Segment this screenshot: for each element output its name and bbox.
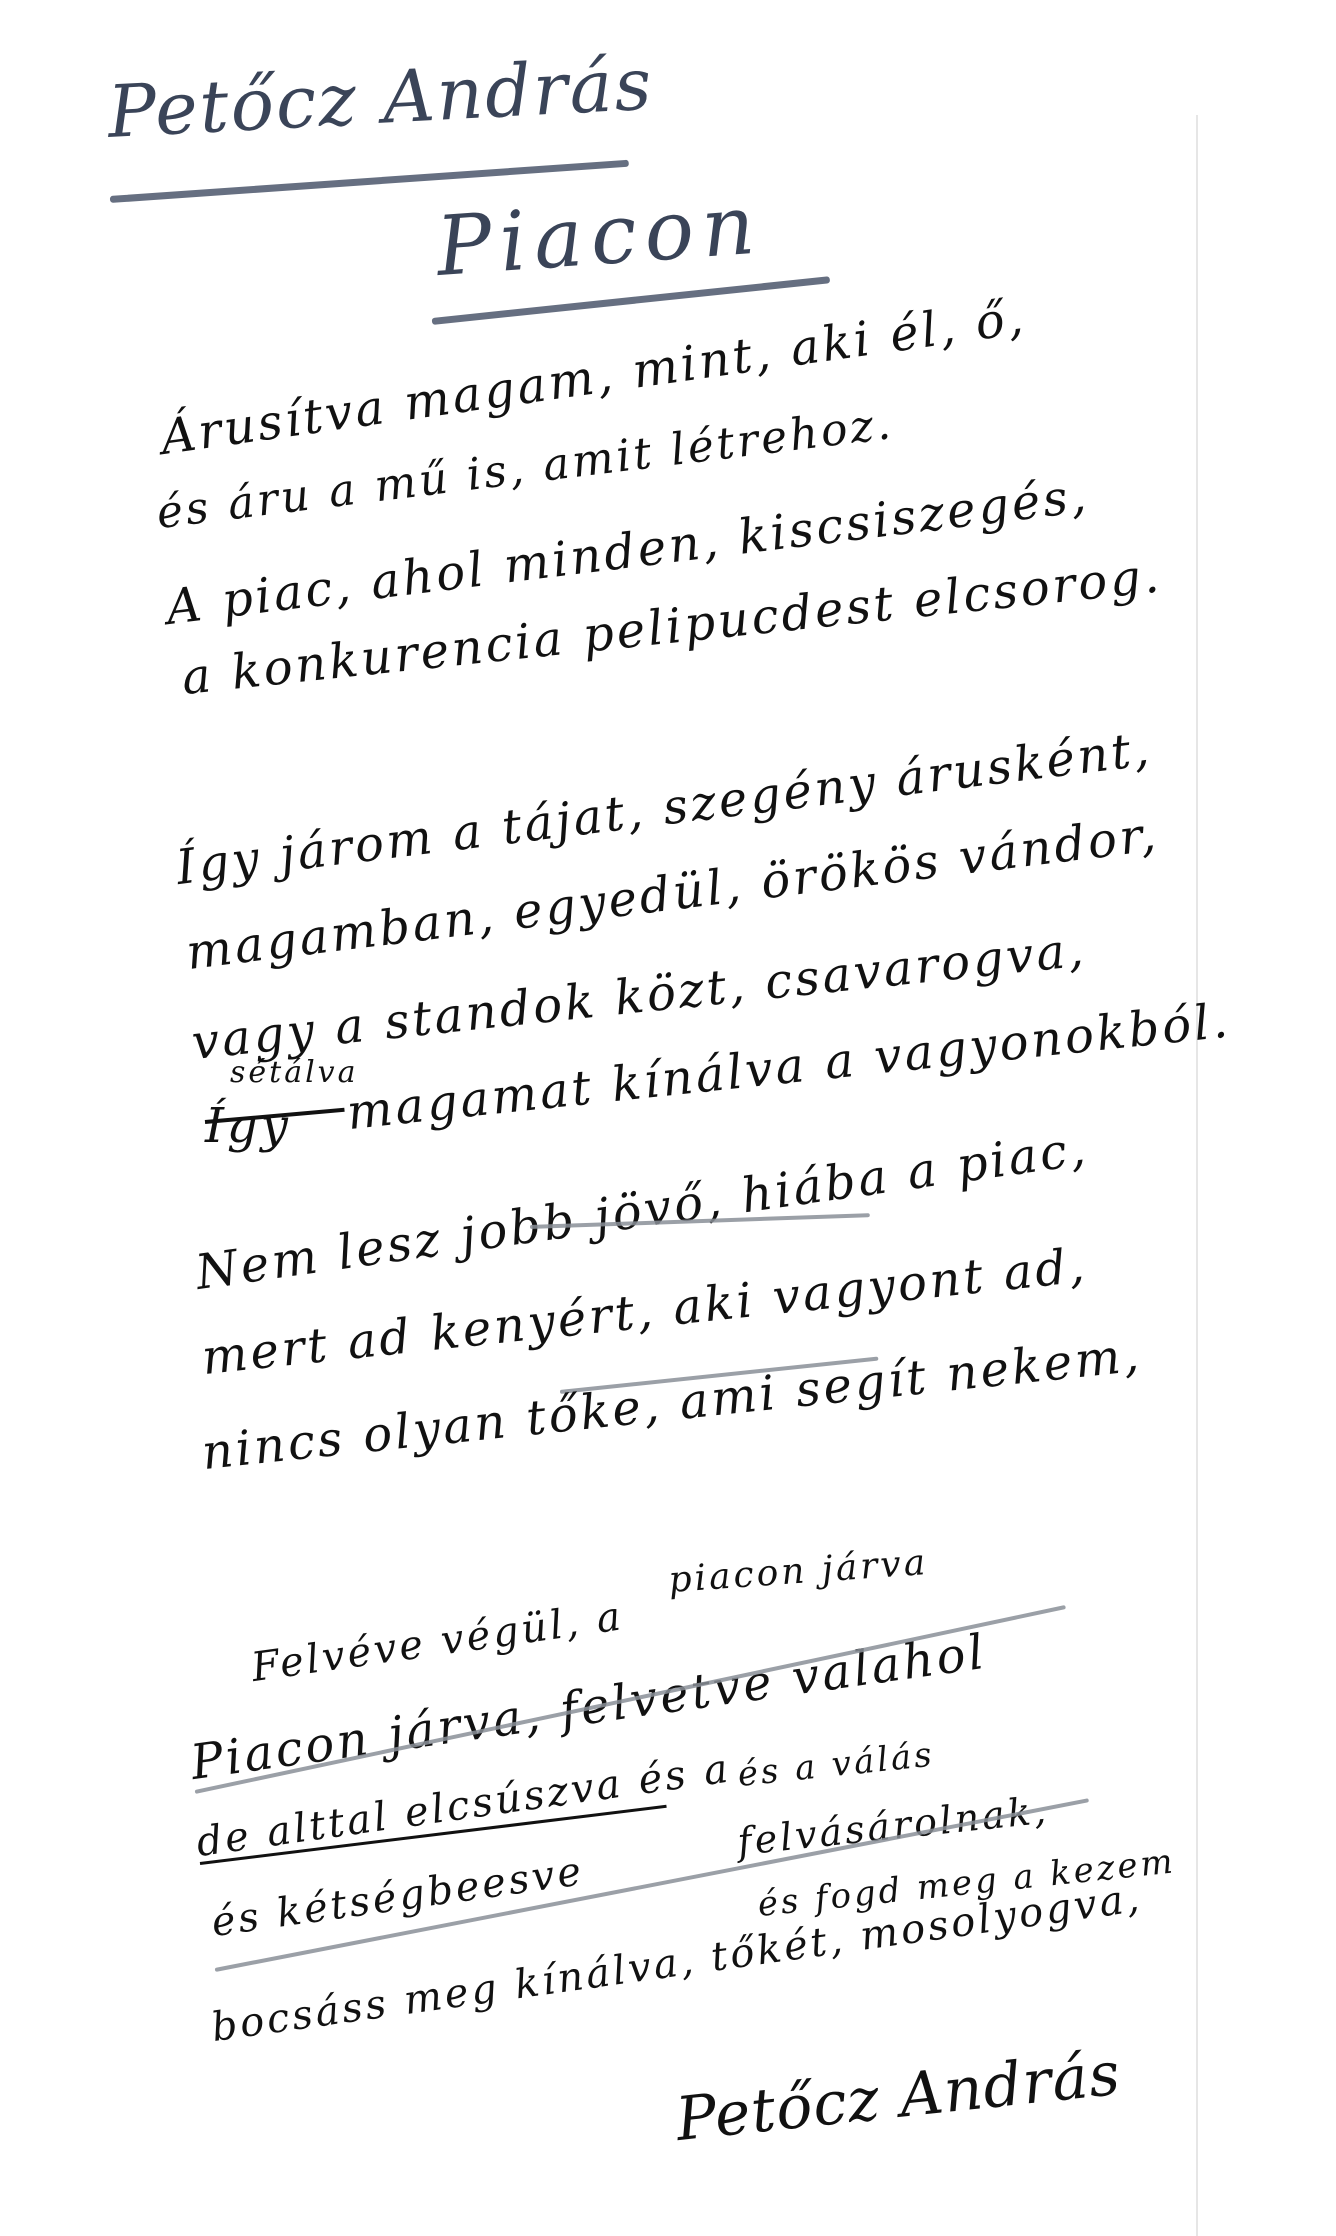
author-header: Petőcz András — [106, 42, 656, 154]
poem-struck-word: Így — [205, 1098, 291, 1154]
poem-title: Piacon — [433, 177, 765, 295]
manuscript-page: Petőcz András Piacon Árusítva magam, min… — [0, 0, 1336, 2236]
poem-insert: és a válás — [736, 1735, 937, 1795]
poem-line: Felvéve végül, a — [249, 1593, 627, 1691]
signature: Petőcz András — [673, 2039, 1124, 2155]
poem-insert: felvásárolnak, — [735, 1788, 1050, 1864]
paper-edge-line — [1196, 115, 1198, 2236]
poem-insert: piacon járva — [667, 1542, 929, 1601]
poem-insert: sétálva — [230, 1055, 359, 1090]
